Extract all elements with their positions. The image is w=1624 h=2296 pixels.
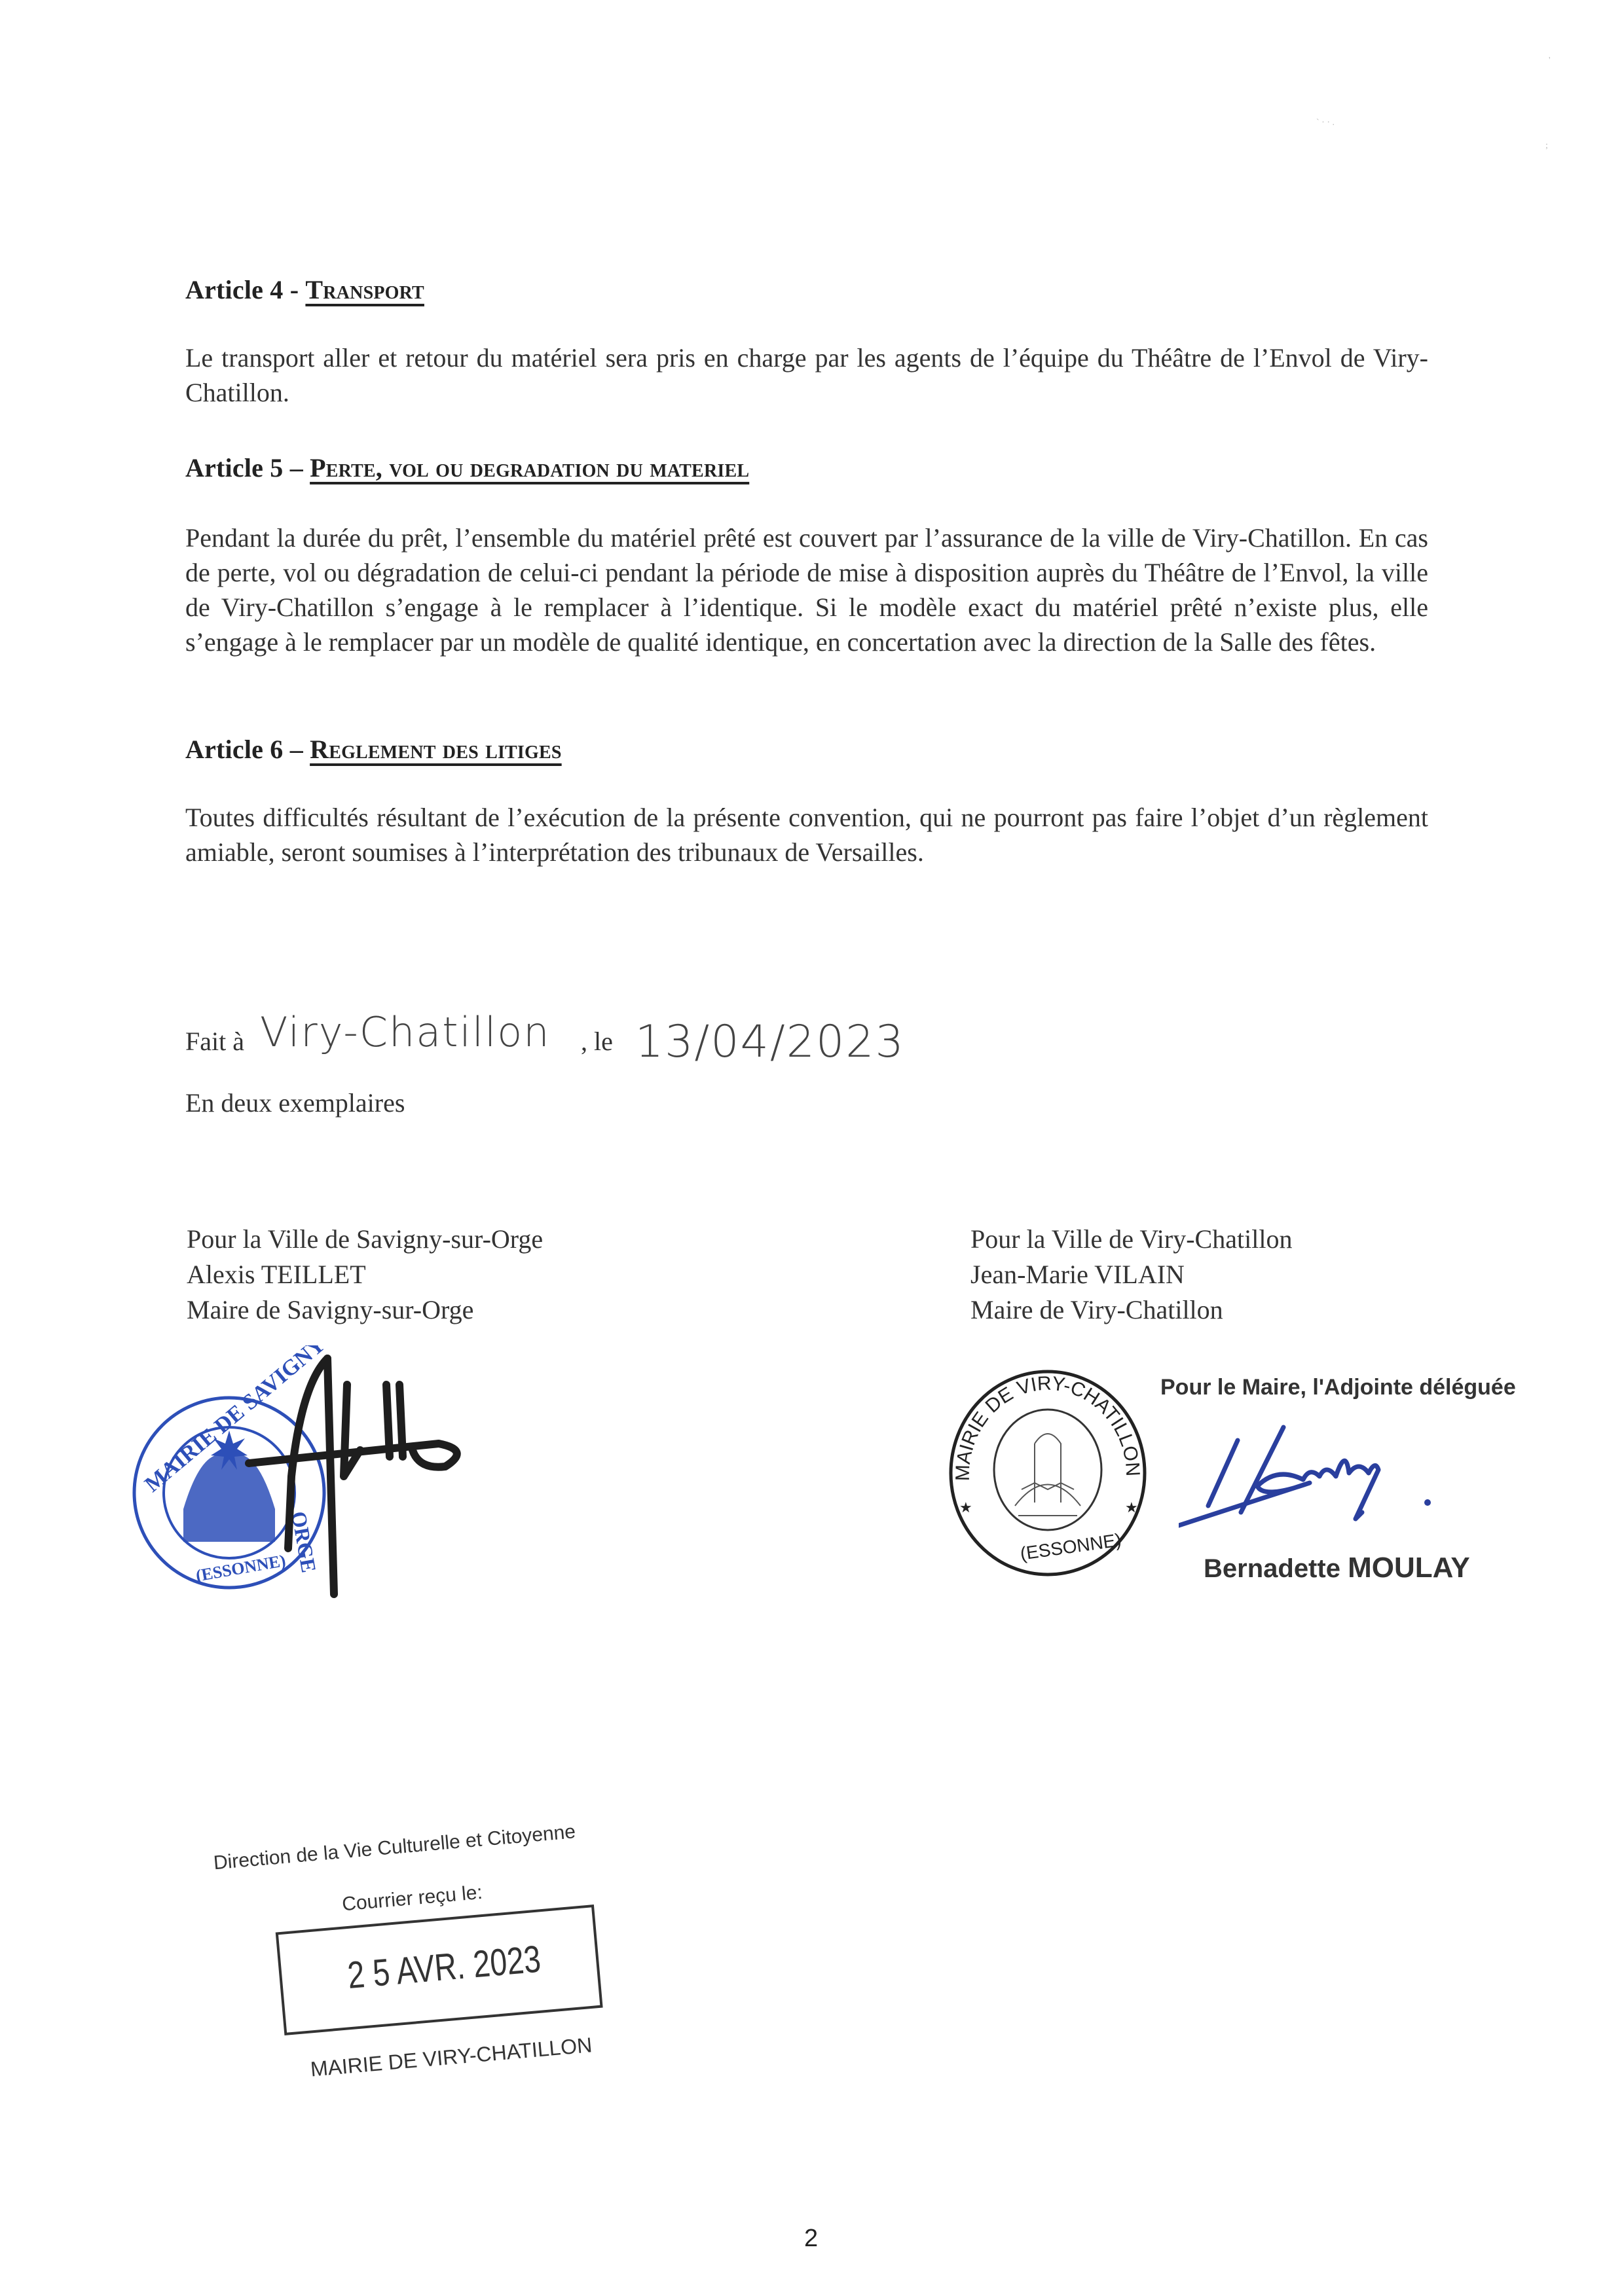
signatory-name: Alexis TEILLET — [187, 1257, 543, 1292]
savigny-seal-and-signature: MAIRIE DE SAVIGNY ORGE (ESSONNE) — [131, 1345, 485, 1607]
fait-a-label: Fait à — [185, 1027, 244, 1056]
stamp-received-label: Courrier reçu le: — [341, 1882, 483, 1916]
article-5-body: Pendant la durée du prêt, l’ensemble du … — [185, 520, 1428, 659]
savigny-seal-icon: MAIRIE DE SAVIGNY ORGE (ESSONNE) — [134, 1345, 330, 1588]
article-4-body: Le transport aller et retour du matériel… — [185, 340, 1428, 410]
signer-first-name: Bernadette — [1204, 1554, 1340, 1583]
article-title: Reglement des litiges — [310, 735, 562, 764]
article-5-heading: Article 5 – Perte, vol ou degradation du… — [185, 452, 1430, 484]
article-label: Article 4 - — [185, 275, 305, 304]
svg-text:★: ★ — [1125, 1499, 1138, 1516]
article-title: Transport — [305, 275, 424, 304]
signatory-right: Pour la Ville de Viry-Chatillon Jean-Mar… — [970, 1222, 1292, 1328]
signatory-title: Maire de Viry-Chatillon — [970, 1292, 1292, 1328]
le-label: , le — [581, 1027, 613, 1056]
article-6-heading: Article 6 – Reglement des litiges — [185, 733, 1430, 766]
signatory-name: Jean-Marie VILAIN — [970, 1257, 1292, 1292]
place-date-line: Fait à Viry-Chatillon , le 13/04/2023 — [185, 1018, 1430, 1059]
signer-name: Bernadette MOULAY — [1204, 1552, 1470, 1584]
copies-line: En deux exemplaires — [185, 1085, 1430, 1120]
paragraph: Toutes difficultés résultant de l’exécut… — [185, 800, 1428, 869]
seal-ring-text: MAIRIE DE VIRY-CHATILLON — [952, 1373, 1144, 1482]
scan-speck: ' — [1549, 56, 1551, 66]
signatory-city: Pour la Ville de Savigny-sur-Orge — [187, 1222, 543, 1257]
article-title: Perte, vol ou degradation du materiel — [310, 453, 749, 483]
delegation-label: Pour le Maire, l'Adjointe déléguée — [1160, 1375, 1516, 1400]
signatory-city: Pour la Ville de Viry-Chatillon — [970, 1222, 1292, 1257]
svg-text:★: ★ — [959, 1499, 972, 1516]
paragraph: Le transport aller et retour du matériel… — [185, 340, 1428, 410]
stamp-date-box: 2 5 AVR. 2023 — [276, 1904, 603, 2035]
viry-seal-icon: MAIRIE DE VIRY-CHATILLON (ESSONNE) ★ ★ — [943, 1365, 1153, 1581]
article-label: Article 5 – — [185, 453, 310, 483]
signatory-left: Pour la Ville de Savigny-sur-Orge Alexis… — [187, 1222, 543, 1328]
reception-stamp: Direction de la Vie Culturelle et Citoye… — [205, 1801, 673, 2114]
svg-text:(ESSONNE): (ESSONNE) — [1019, 1529, 1122, 1563]
svg-text:MAIRIE DE VIRY-CHATILLON: MAIRIE DE VIRY-CHATILLON — [952, 1373, 1144, 1482]
stamp-organisation: MAIRIE DE VIRY-CHATILLON — [310, 2033, 593, 2081]
article-6-body: Toutes difficultés résultant de l’exécut… — [185, 800, 1428, 869]
handwritten-place: Viry-Chatillon — [260, 1015, 574, 1049]
handwritten-date: 13/04/2023 — [635, 1025, 905, 1059]
article-label: Article 6 – — [185, 735, 310, 764]
article-4-heading: Article 4 - Transport — [185, 274, 1430, 306]
signature-moulay — [1179, 1421, 1454, 1532]
signer-last-name: MOULAY — [1348, 1552, 1470, 1584]
signatory-title: Maire de Savigny-sur-Orge — [187, 1292, 543, 1328]
document-page: ' ` · · . ; Article 4 - Transport Le tra… — [0, 0, 1624, 2296]
stamp-date: 2 5 AVR. 2023 — [346, 1937, 543, 1998]
scan-speck: ; — [1545, 141, 1548, 151]
page-number: 2 — [804, 2225, 818, 2253]
scan-speck: ` · · . — [1316, 118, 1335, 128]
stamp-department: Direction de la Vie Culturelle et Citoye… — [213, 1821, 577, 1874]
paragraph: Pendant la durée du prêt, l’ensemble du … — [185, 520, 1428, 659]
